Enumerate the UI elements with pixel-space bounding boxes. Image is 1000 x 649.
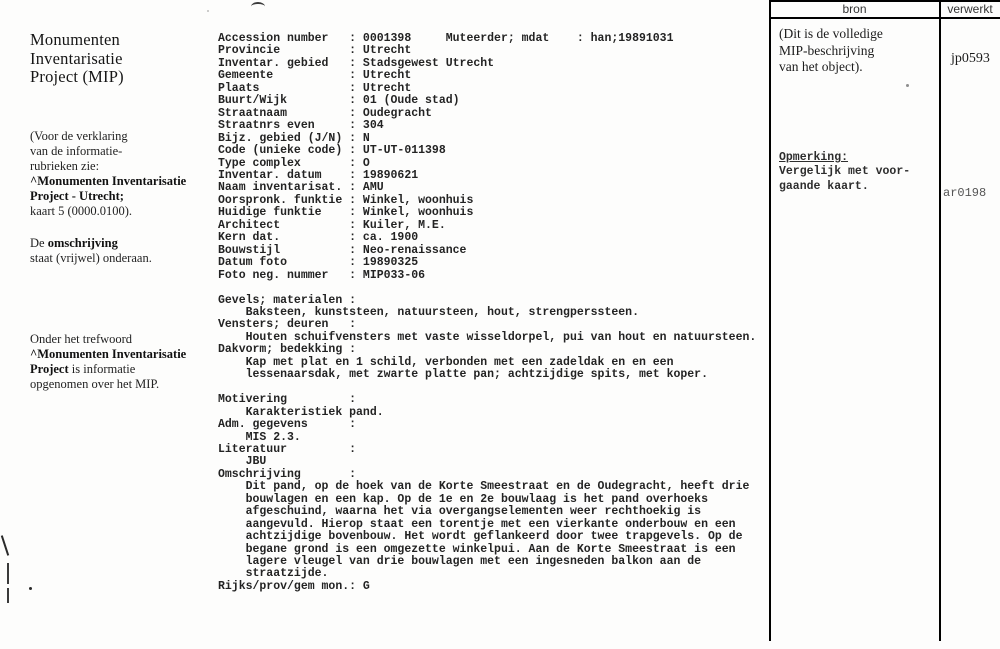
keyword-note-rest: is informatie xyxy=(69,362,136,376)
page-title: Monumenten Inventarisatie Project (MIP) xyxy=(30,31,124,87)
opmerking-heading: Opmerking: xyxy=(779,151,910,165)
verwerkt-entry-jp: jp0593 xyxy=(951,51,990,67)
keyword-note-line: Project is informatie xyxy=(30,362,186,377)
keyword-note-line: opgenomen over het MIP. xyxy=(30,377,186,392)
keyword-note-bold: Project xyxy=(30,362,69,376)
intro-note-line: Project - Utrecht; xyxy=(30,189,186,204)
ink-mark-arc xyxy=(251,2,265,11)
page-title-line: Monumenten xyxy=(30,31,124,50)
intro-note-bold: Project - Utrecht; xyxy=(30,189,124,203)
bron-note: (Dit is de volledige MIP-beschrijving va… xyxy=(779,26,883,76)
keyword-note-line: ^Monumenten Inventarisatie xyxy=(30,347,186,362)
intro-note-line: ^Monumenten Inventarisatie xyxy=(30,174,186,189)
intro-note-line: kaart 5 (0000.0100). xyxy=(30,204,186,219)
description-note: De omschrijving staat (vrijwel) onderaan… xyxy=(30,236,152,266)
record-text: Accession number : 0001398 Muteerder; md… xyxy=(218,33,756,593)
ink-mark-dot-1 xyxy=(29,587,32,590)
ink-mark-dash-2 xyxy=(7,588,9,603)
intro-note-line: (Voor de verklaring xyxy=(30,129,186,144)
description-note-line: De omschrijving xyxy=(30,236,152,251)
keyword-note: Onder het trefwoord ^Monumenten Inventar… xyxy=(30,332,186,392)
ink-mark-dot-2 xyxy=(906,84,909,87)
description-note-line: staat (vrijwel) onderaan. xyxy=(30,251,152,266)
page-title-line: Project (MIP) xyxy=(30,68,124,87)
keyword-note-line: Onder het trefwoord xyxy=(30,332,186,347)
verwerkt-entry-ar: ar0198 xyxy=(943,186,986,200)
intro-note: (Voor de verklaring van de informatie- r… xyxy=(30,129,186,219)
intro-note-line: van de informatie- xyxy=(30,144,186,159)
ink-mark-slash xyxy=(1,535,9,556)
opmerking-note: Opmerking: Vergelijk met voor- gaande ka… xyxy=(779,151,910,194)
intro-note-line: rubrieken zie: xyxy=(30,159,186,174)
description-note-prefix: De xyxy=(30,236,48,250)
page-title-line: Inventarisatie xyxy=(30,50,124,69)
bron-column-header: bron xyxy=(770,2,939,16)
ink-mark-dot-3 xyxy=(207,10,209,12)
description-note-bold: omschrijving xyxy=(48,236,118,250)
ink-mark-dash-1 xyxy=(7,563,9,584)
keyword-note-bold: ^Monumenten Inventarisatie xyxy=(30,347,186,361)
opmerking-body: Vergelijk met voor- gaande kaart. xyxy=(779,165,910,194)
mip-record-card: Monumenten Inventarisatie Project (MIP) … xyxy=(0,0,1000,649)
verwerkt-column-header: verwerkt xyxy=(940,2,1000,16)
bron-left-border xyxy=(769,0,771,641)
verwerkt-left-border xyxy=(939,0,941,641)
table-header-divider xyxy=(769,17,1000,19)
intro-note-bold: ^Monumenten Inventarisatie xyxy=(30,174,186,188)
